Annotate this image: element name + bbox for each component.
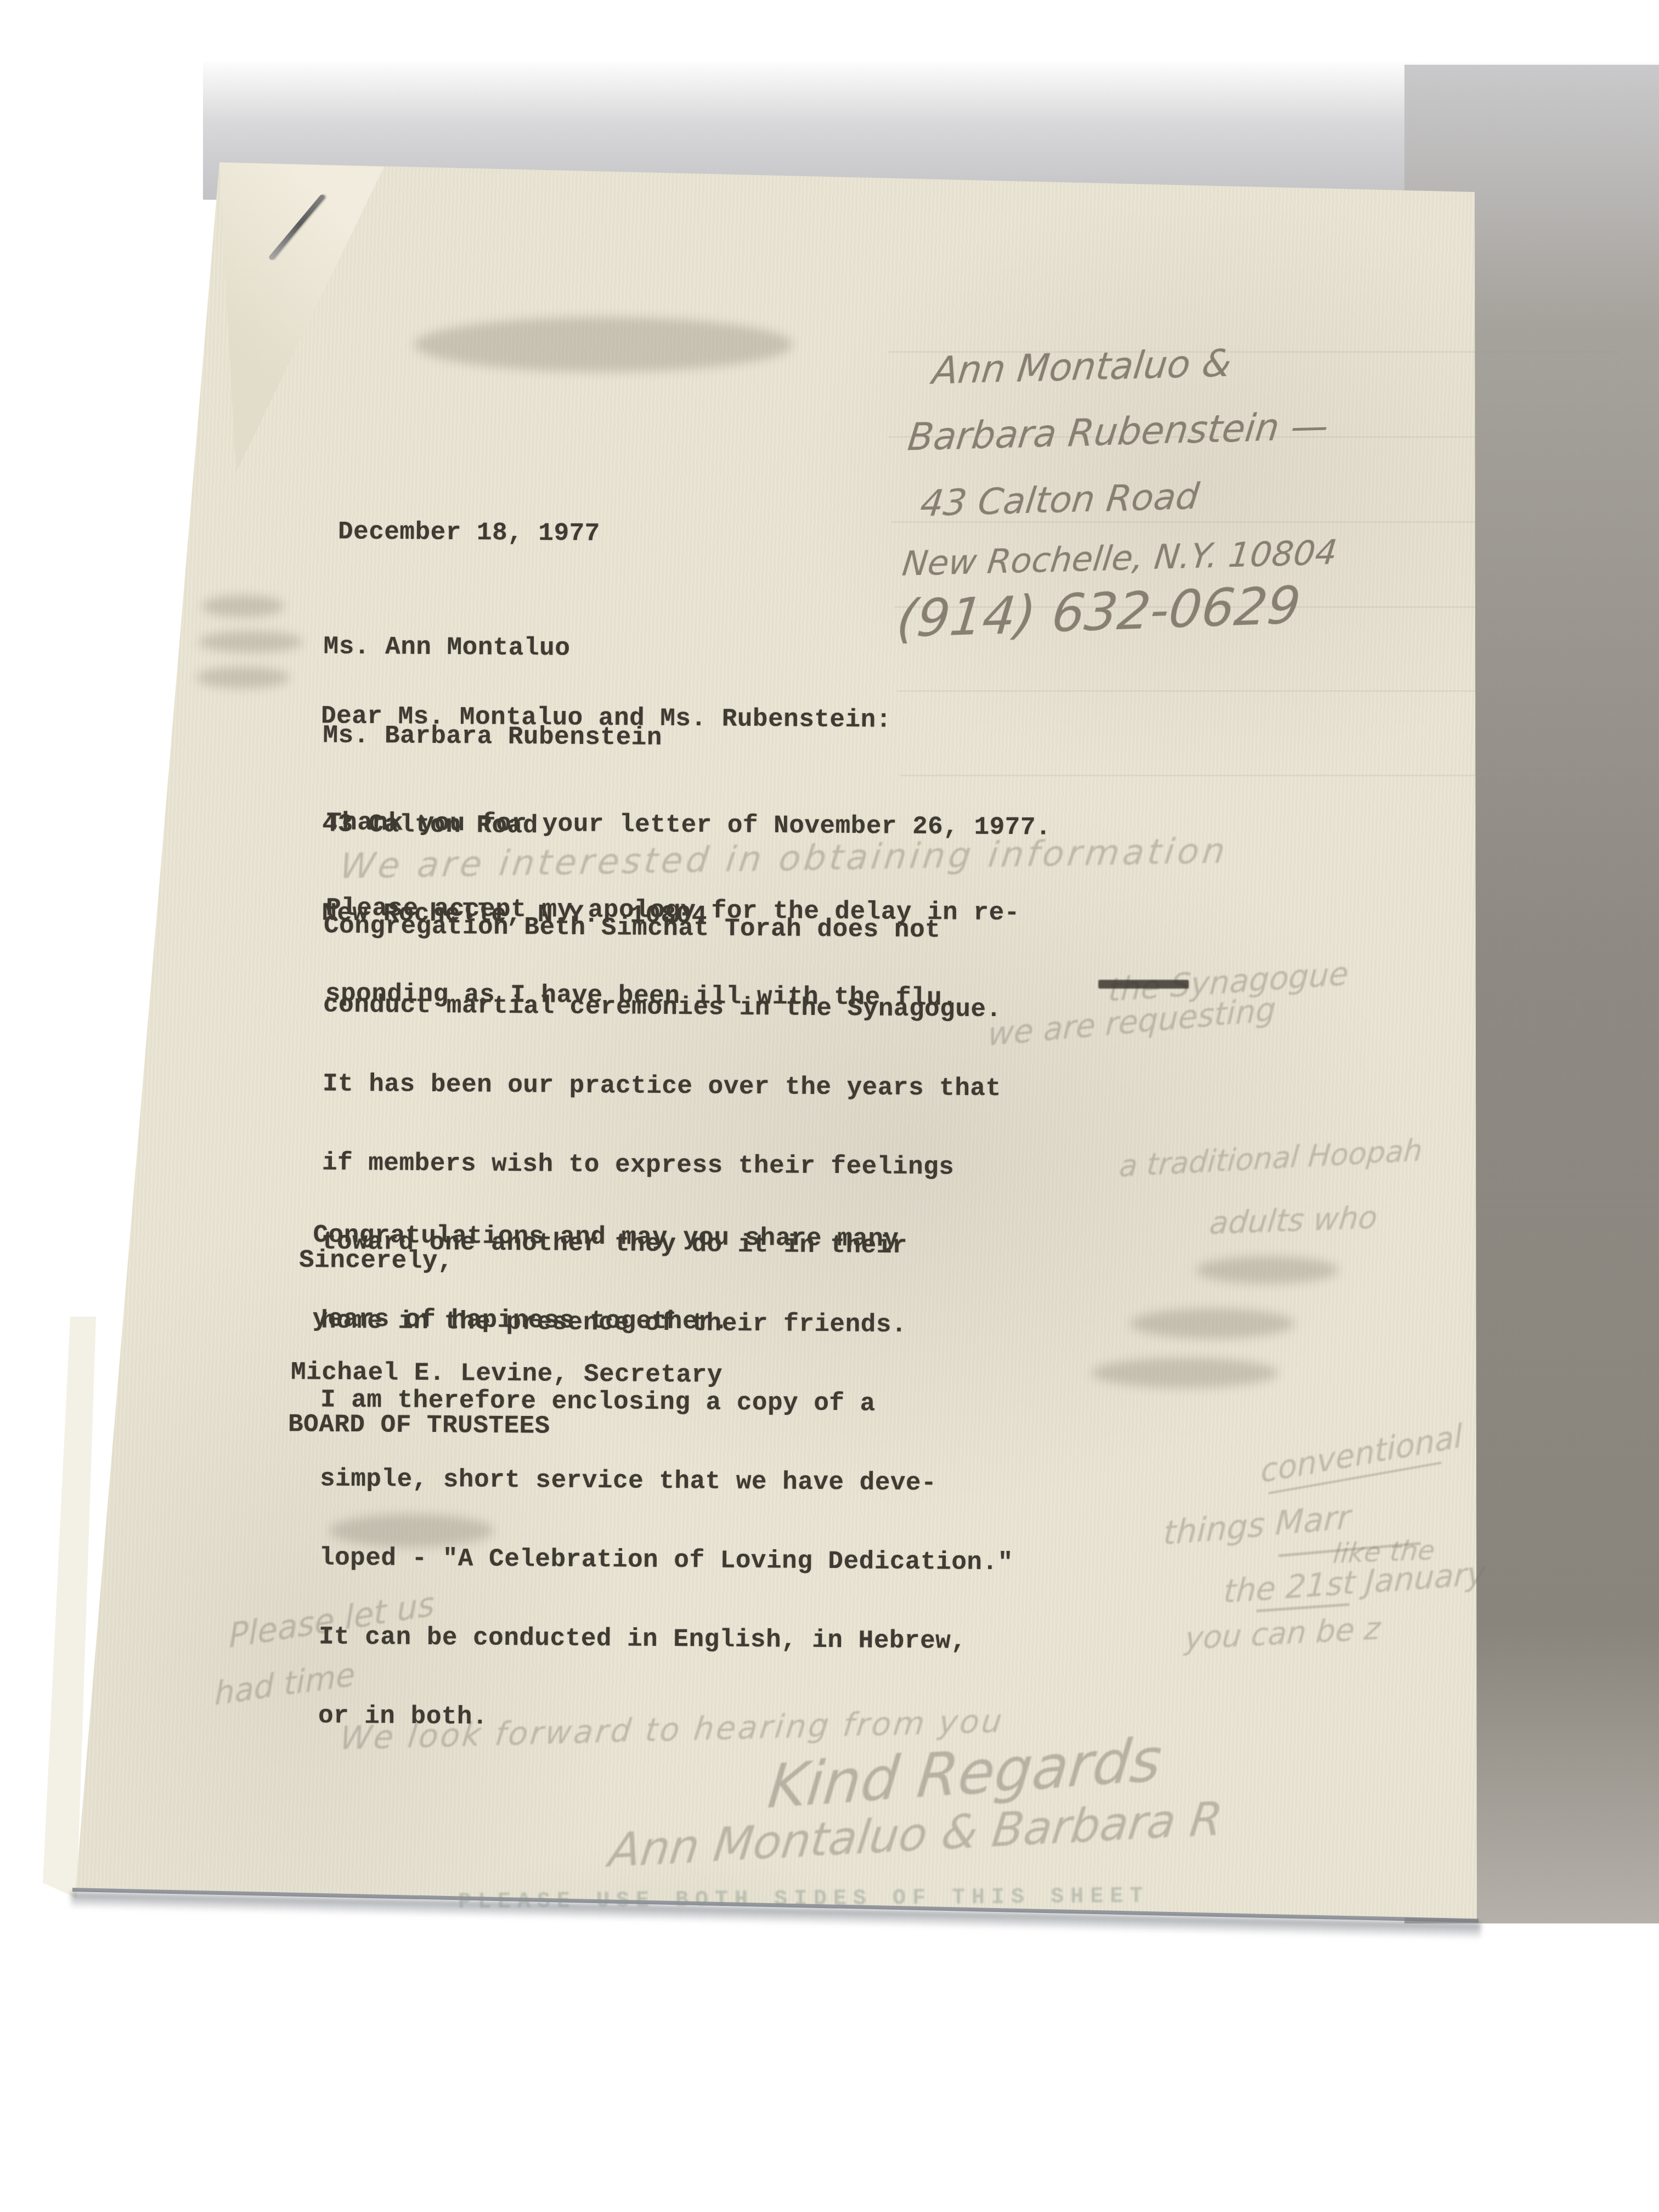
handwritten-name-1: Ann Montaluo & <box>930 342 1234 393</box>
recipient-line: Ms. Ann Montaluo <box>324 632 709 664</box>
letter-line: years of hapiness together. <box>312 1305 898 1337</box>
signature-name: Michael E. Levine, Secretary <box>291 1358 723 1389</box>
letter-line: It can be conducted in English, in Hebre… <box>319 1624 1013 1655</box>
ruled-line <box>897 690 1621 692</box>
salutation: Dear Ms. Montaluo and Ms. Rubenstein: <box>321 702 891 734</box>
pencil-smudge <box>1196 1256 1339 1284</box>
letter-line: simple, short service that we have deve- <box>320 1466 1014 1497</box>
pencil-smudge <box>202 595 284 617</box>
letter-date: December 18, 1977 <box>338 517 600 548</box>
pencil-strikethrough <box>1098 980 1189 989</box>
letter-line: loped - "A Celebration of Loving Dedicat… <box>319 1545 1013 1576</box>
letter-line: Thank you for your letter of November 26… <box>326 808 1051 842</box>
closing: Sincerely, <box>299 1246 453 1276</box>
signature-org: BOARD OF TRUSTEES <box>288 1410 550 1440</box>
photo-canvas: We are interested in obtaining informati… <box>0 0 1659 2212</box>
letter-line: conduct martial ceremonies in the Synago… <box>323 992 1017 1023</box>
pencil-smudge <box>1092 1358 1278 1388</box>
letter-line: Congregation Beth Simchat Torah does not <box>324 913 1018 944</box>
pencil-smudge <box>196 667 290 689</box>
handwritten-street: 43 Calton Road <box>918 475 1201 524</box>
pencil-smudge <box>1130 1308 1295 1339</box>
letter-line: It has been our practice over the years … <box>323 1071 1017 1102</box>
ghost-note: adults who <box>1208 1200 1379 1242</box>
letter-line: or in both. <box>318 1703 1012 1734</box>
pencil-smudge <box>414 317 793 372</box>
pencil-smudge <box>199 631 303 653</box>
